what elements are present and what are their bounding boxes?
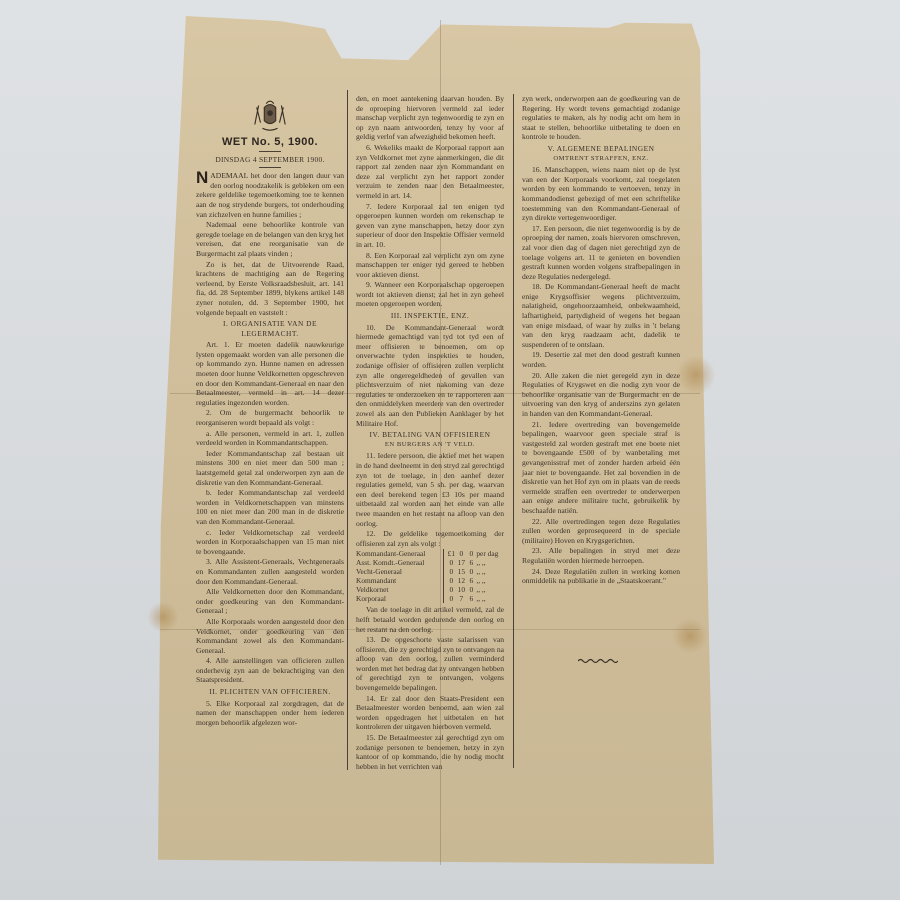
article-1: Art. 1. Er moeten dadelik nauwkeurige ly… [196,340,344,407]
pay-rank: Vecht-Generaal [356,567,444,576]
section-heading-4-sub: EN BURGERS AN 'T VELD. [356,440,504,450]
pay-rank: Korporaal [356,594,444,603]
pay-shillings: 12 [456,576,466,585]
pay-unit: per dag [476,549,504,558]
pay-unit: ,, ,, [476,594,504,603]
article-3c: Alle Korporaals worden aangesteld door d… [196,617,344,655]
pay-pounds: 0 [444,594,457,603]
preamble-3: Zo is het, dat de Uitvoerende Raad, krac… [196,260,344,318]
preamble-1: ADEMAAL het door den langen duur van den… [196,171,344,218]
pay-pounds: 0 [444,576,457,585]
section-heading-3: III. INSPEKTIE, ENZ. [356,311,504,321]
pay-rank: Kommandant [356,576,444,585]
article-2a-cont: Ieder Kommandantschap zal bestaan uit mi… [196,449,344,487]
article-21: 21. Iedere overtreding van bovengemelde … [522,420,680,516]
water-stain [676,355,716,395]
article-3b: Alle Veldkornetten door den Kommandant, … [196,587,344,616]
article-15: 15. De Betaalmeester zal gerechtigd zyn … [356,733,504,771]
pay-table: Kommandant-Generaal£100per dagAsst. Komd… [356,549,504,603]
section-heading-1: I. ORGANISATIE VAN DE LEGERMACHT. [196,319,344,338]
pay-pounds: 0 [444,558,457,567]
section-heading-4: IV. BETALING VAN OFFISIEREN [356,430,504,440]
section-heading-5: V. ALGEMENE BEPALINGEN [522,144,680,154]
law-title: WET No. 5, 1900. [196,138,344,148]
pay-rank: Kommandant-Generaal [356,549,444,558]
water-stain [672,618,708,654]
article-2: 2. Om de burgermacht behoorlik te reorga… [196,408,344,427]
article-10: 10. De Kommandant-Generaal wordt hiermed… [356,323,504,429]
article-18: 18. De Kommandant-Generaal heeft de mach… [522,282,680,349]
pay-unit: ,, ,, [476,567,504,576]
article-5-cont: den, en moet aantekening daarvan houden.… [356,94,504,142]
article-9: 9. Wanneer een Korporaalschap opgeroepen… [356,280,504,309]
article-2b: b. Ieder Kommandantschap zal verdeeld wo… [196,488,344,526]
pay-unit: ,, ,, [476,576,504,585]
pay-shillings: 17 [456,558,466,567]
pay-shillings: 7 [456,594,466,603]
pay-pence: 0 [466,567,476,576]
article-3: 3. Alle Assistent-Generaals, Vechtgenera… [196,557,344,586]
drop-cap: N [196,171,208,185]
coat-of-arms-icon [251,96,289,134]
law-date: DINSDAG 4 SEPTEMBER 1900. [196,155,344,165]
pay-table-row: Veldkornet0100,, ,, [356,585,504,594]
article-15-cont: zyn werk, onderworpen aan de goedkeuring… [522,94,680,142]
pay-table-row: Kommandant-Generaal£100per dag [356,549,504,558]
article-19: 19. Desertie zal met den dood gestraft k… [522,350,680,369]
date-rule [259,167,281,168]
column-3: zyn werk, onderworpen aan de goedkeuring… [522,94,680,587]
pay-pence: 6 [466,594,476,603]
article-6: 6. Wekeliks maakt de Korporaal rapport a… [356,143,504,201]
pay-shillings: 0 [456,549,466,558]
pay-pence: 0 [466,585,476,594]
column-1: WET No. 5, 1900. DINSDAG 4 SEPTEMBER 190… [196,90,344,728]
column-divider [347,90,348,770]
pay-table-row: Asst. Komdt.-Generaal0176,, ,, [356,558,504,567]
article-14: 14. Er zal door den Staats-President een… [356,694,504,732]
pay-unit: ,, ,, [476,585,504,594]
article-8: 8. Een Korporaal zal verplicht zyn om zy… [356,251,504,280]
article-20: 20. Alle zaken die niet geregeld zyn in … [522,371,680,419]
pay-table-row: Korporaal076,, ,, [356,594,504,603]
pay-pence: 0 [466,549,476,558]
pay-pence: 6 [466,576,476,585]
article-5: 5. Elke Korporaal zal zorgdragen, dat de… [196,699,344,728]
article-13: 13. De opgeschorte vaste salarissen van … [356,635,504,693]
pay-rank: Asst. Komdt.-Generaal [356,558,444,567]
pay-pounds: 0 [444,585,457,594]
article-12b: Van de toelage in dit artikel vermeld, z… [356,605,504,634]
article-2a: a. Alle personen, vermeld in art. 1, zul… [196,429,344,448]
pay-pence: 6 [466,558,476,567]
article-7: 7. Iedere Korporaal zal ten enigen tyd o… [356,202,504,250]
pay-table-row: Kommandant0126,, ,, [356,576,504,585]
article-16: 16. Manschappen, wiens naam niet op de l… [522,165,680,223]
article-22: 22. Alle overtredingen tegen deze Regula… [522,517,680,546]
article-24: 24. Deze Regulatiën zullen in werking ko… [522,567,680,586]
pay-shillings: 10 [456,585,466,594]
article-11: 11. Iedere persoon, die aktief met het w… [356,451,504,528]
column-divider [513,94,514,768]
pay-pounds: 0 [444,567,457,576]
pay-shillings: 15 [456,567,466,576]
article-23: 23. Alle bepalingen in stryd met deze Re… [522,546,680,565]
pay-table-row: Vecht-Generaal0150,, ,, [356,567,504,576]
section-heading-5-sub: OMTRENT STRAFFEN, ENZ. [522,154,680,164]
article-17: 17. Een persoon, die niet tegenwoordig i… [522,224,680,282]
preamble-2: Nademaal eene behoorlike kontrole van ge… [196,220,344,258]
section-heading-2: II. PLICHTEN VAN OFFICIEREN. [196,687,344,697]
end-ornament-icon [578,658,618,664]
column-2: den, en moet aantekening daarvan houden.… [356,94,504,772]
pay-rank: Veldkornet [356,585,444,594]
pay-pounds: £1 [444,549,457,558]
article-12: 12. De geldelike tegemoetkoming der offi… [356,529,504,548]
article-4: 4. Alle aanstellingen van officieren zul… [196,656,344,685]
pay-unit: ,, ,, [476,558,504,567]
title-rule [259,151,281,152]
article-2c: c. Ieder Veldkornetschap zal verdeeld wo… [196,528,344,557]
